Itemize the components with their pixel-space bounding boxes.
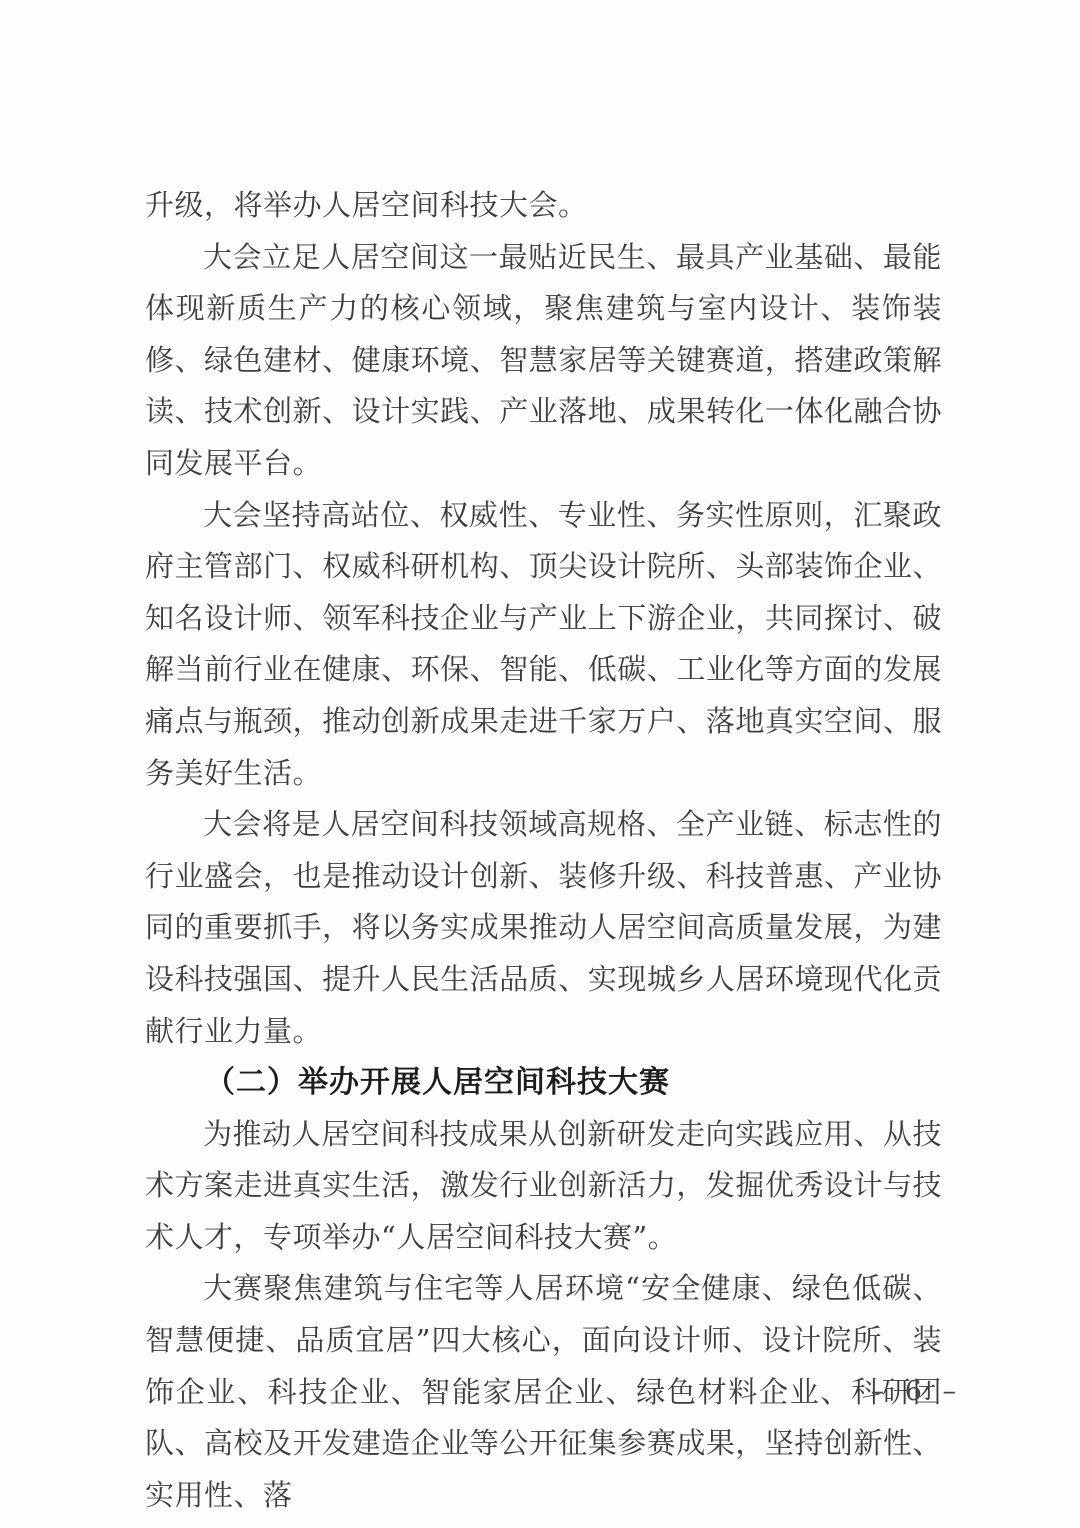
body-paragraph: 为推动人居空间科技成果从创新研发走向实践应用、从技术方案走进真实生活，激发行业创…	[145, 1109, 942, 1264]
document-body: 升级，将举办人居空间科技大会。 大会立足人居空间这一最贴近民生、最具产业基础、最…	[145, 180, 942, 1521]
body-paragraph: 大赛聚焦建筑与住宅等人居环境“安全健康、绿色低碳、智慧便捷、品质宜居”四大核心，…	[145, 1263, 942, 1521]
document-page: 升级，将举办人居空间科技大会。 大会立足人居空间这一最贴近民生、最具产业基础、最…	[0, 0, 1080, 1528]
section-heading: （二）举办开展人居空间科技大赛	[145, 1057, 942, 1109]
body-paragraph: 大会将是人居空间科技领域高规格、全产业链、标志性的行业盛会，也是推动设计创新、装…	[145, 799, 942, 1057]
page-number: – 6 –	[871, 1376, 962, 1407]
body-paragraph: 大会立足人居空间这一最贴近民生、最具产业基础、最能体现新质生产力的核心领域，聚焦…	[145, 232, 942, 490]
body-paragraph: 大会坚持高站位、权威性、专业性、务实性原则，汇聚政府主管部门、权威科研机构、顶尖…	[145, 490, 942, 800]
body-paragraph: 升级，将举办人居空间科技大会。	[145, 180, 942, 232]
